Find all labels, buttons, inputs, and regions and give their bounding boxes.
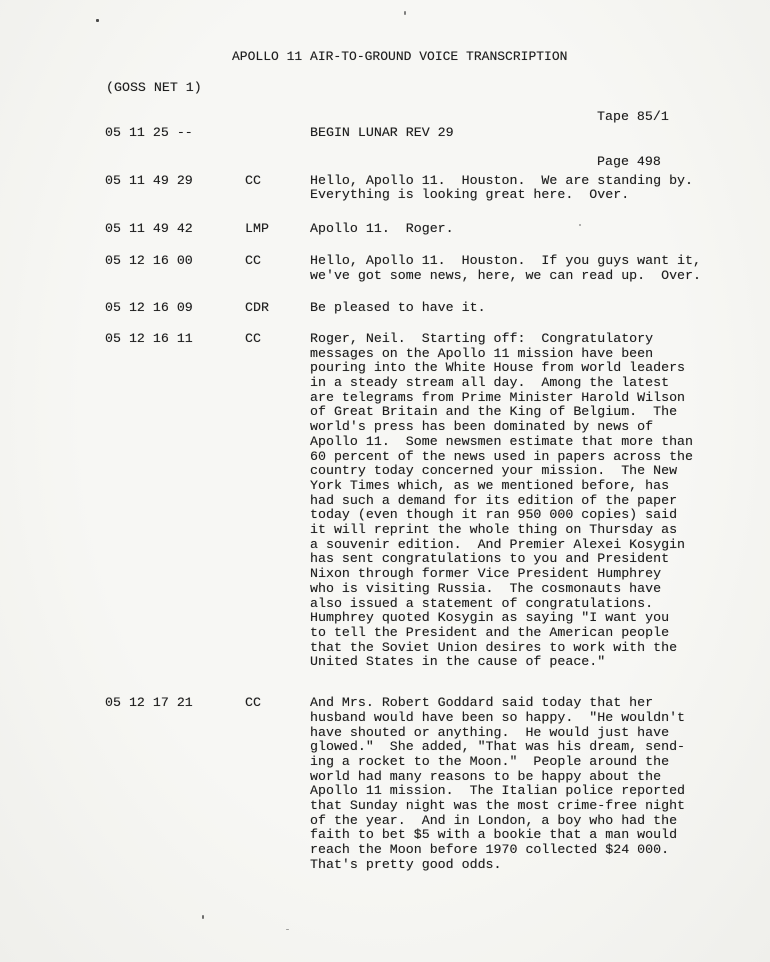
entry-time: 05 12 17 21 (105, 696, 245, 711)
document-title: APOLLO 11 AIR-TO-GROUND VOICE TRANSCRIPT… (232, 49, 567, 64)
entry-text: Hello, Apollo 11. Houston. We are standi… (310, 174, 715, 203)
transcript-entry: 05 11 49 29 CC Hello, Apollo 11. Houston… (105, 174, 725, 203)
scan-speck (202, 915, 204, 919)
scan-speck (96, 19, 99, 22)
entry-speaker: CC (245, 332, 310, 347)
scan-speck (286, 929, 289, 930)
entry-time: 05 12 16 09 (105, 301, 245, 316)
entry-text: And Mrs. Robert Goddard said today that … (310, 696, 715, 872)
entry-speaker: CC (245, 254, 310, 269)
entry-time: 05 11 25 -- (105, 126, 245, 141)
entry-speaker: CC (245, 696, 310, 711)
transcript-entry: 05 12 16 00 CC Hello, Apollo 11. Houston… (105, 254, 725, 283)
transcript-entry: 05 12 16 11 CC Roger, Neil. Starting off… (105, 332, 725, 670)
scan-speck (404, 11, 406, 15)
tape-number: Tape 85/1 (597, 109, 669, 124)
entry-time: 05 12 16 00 (105, 254, 245, 269)
entry-speaker: CDR (245, 301, 310, 316)
entry-text: Roger, Neil. Starting off: Congratulator… (310, 332, 715, 670)
transcript-entry: 05 11 25 -- BEGIN LUNAR REV 29 (105, 126, 725, 141)
transcript-entry: 05 12 16 09 CDR Be pleased to have it. (105, 301, 725, 316)
entry-time: 05 12 16 11 (105, 332, 245, 347)
entry-time: 05 11 49 42 (105, 222, 245, 237)
entry-text: BEGIN LUNAR REV 29 (310, 126, 715, 141)
entry-text: Apollo 11. Roger. (310, 222, 715, 237)
entry-text: Be pleased to have it. (310, 301, 715, 316)
transcript-entry: 05 11 49 42 LMP Apollo 11. Roger. (105, 222, 725, 237)
entry-speaker: LMP (245, 222, 310, 237)
transcript-entry: 05 12 17 21 CC And Mrs. Robert Goddard s… (105, 696, 725, 872)
entry-speaker: CC (245, 174, 310, 189)
transcript-list: 05 11 25 -- BEGIN LUNAR REV 29 05 11 49 … (105, 126, 725, 873)
entry-text: Hello, Apollo 11. Houston. If you guys w… (310, 254, 715, 283)
goss-net-label: (GOSS NET 1) (106, 81, 202, 96)
transcript-page: APOLLO 11 AIR-TO-GROUND VOICE TRANSCRIPT… (0, 0, 770, 962)
entry-time: 05 11 49 29 (105, 174, 245, 189)
